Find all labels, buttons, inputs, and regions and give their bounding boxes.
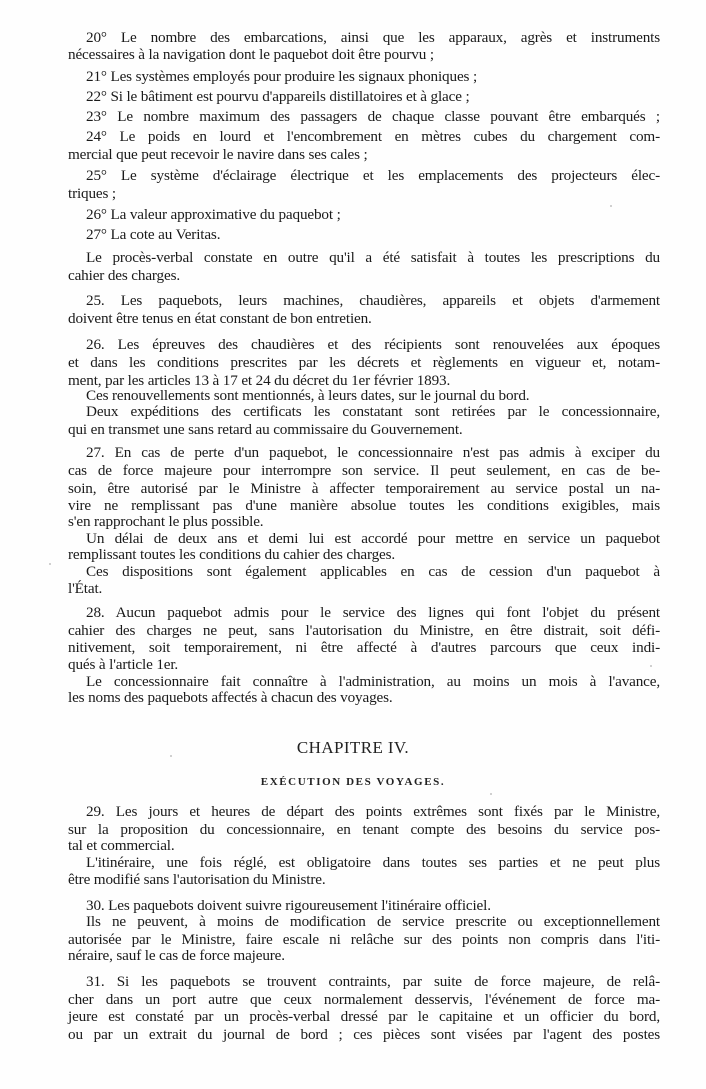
text-line: cahier des charges ne peut, sans l'autor… bbox=[68, 622, 660, 640]
text-line: 27° La cote au Veritas. bbox=[86, 226, 660, 244]
text-line: cahier des charges. bbox=[68, 267, 660, 285]
text-line: 20° Le nombre des embarcations, ainsi qu… bbox=[86, 29, 660, 47]
text-line: 21° Les systèmes employés pour produire … bbox=[86, 68, 660, 86]
text-line: qués à l'article 1er. bbox=[68, 656, 660, 674]
text-line: 25° Le système d'éclairage électrique et… bbox=[86, 167, 660, 185]
chapter-title: CHAPITRE IV. bbox=[0, 738, 706, 758]
scan-speck bbox=[650, 665, 652, 667]
text-line: 26. Les épreuves des chaudières et des r… bbox=[86, 336, 660, 354]
text-line: 24° Le poids en lourd et l'encombrement … bbox=[86, 128, 660, 146]
text-line: 28. Aucun paquebot admis pour le service… bbox=[86, 604, 660, 622]
text-line: s'en rapprochant le plus possible. bbox=[68, 513, 660, 531]
text-line: cas de force majeure pour interrompre so… bbox=[68, 462, 660, 480]
text-line: remplissant toutes les conditions du cah… bbox=[68, 546, 660, 564]
text-line: soin, être autorisé par le Ministre à af… bbox=[68, 480, 660, 498]
text-line: Deux expéditions des certificats les con… bbox=[86, 403, 660, 421]
text-line: tal et commercial. bbox=[68, 837, 660, 855]
text-line: 27. En cas de perte d'un paquebot, le co… bbox=[86, 444, 660, 462]
scan-speck bbox=[610, 205, 612, 207]
text-line: L'itinéraire, une fois réglé, est obliga… bbox=[86, 854, 660, 872]
text-line: être modifié sans l'autorisation du Mini… bbox=[68, 871, 660, 889]
text-line: cher dans un port autre que ceux normale… bbox=[68, 991, 660, 1009]
scan-speck bbox=[490, 793, 492, 795]
scan-speck bbox=[49, 563, 51, 565]
text-line: 25. Les paquebots, leurs machines, chaud… bbox=[86, 292, 660, 310]
text-line: l'État. bbox=[68, 580, 660, 598]
text-line: ou par un extrait du journal de bord ; c… bbox=[68, 1026, 660, 1044]
text-line: Ces dispositions sont également applicab… bbox=[86, 563, 660, 581]
text-line: et dans les conditions prescrites par le… bbox=[68, 354, 660, 372]
text-line: mercial que peut recevoir le navire dans… bbox=[68, 146, 660, 164]
text-line: Ils ne peuvent, à moins de modification … bbox=[86, 913, 660, 931]
text-line: 23° Le nombre maximum des passagers de c… bbox=[86, 108, 660, 126]
scan-speck bbox=[170, 755, 172, 757]
scanned-page: 20° Le nombre des embarcations, ainsi qu… bbox=[0, 0, 706, 1089]
text-line: les noms des paquebots affectés à chacun… bbox=[68, 689, 660, 707]
text-line: Le procès-verbal constate en outre qu'il… bbox=[86, 249, 660, 267]
text-line: 31. Si les paquebots se trouvent contrai… bbox=[86, 973, 660, 991]
text-line: nitivement, soit temporairement, ni être… bbox=[68, 639, 660, 657]
chapter-subtitle: EXÉCUTION DES VOYAGES. bbox=[0, 775, 706, 789]
text-line: 22° Si le bâtiment est pourvu d'appareil… bbox=[86, 88, 660, 106]
text-line: qui en transmet une sans retard au commi… bbox=[68, 421, 660, 439]
text-line: triques ; bbox=[68, 185, 660, 203]
text-line: 29. Les jours et heures de départ des po… bbox=[86, 803, 660, 821]
text-line: nécessaires à la navigation dont le paqu… bbox=[68, 46, 660, 64]
text-line: doivent être tenus en état constant de b… bbox=[68, 310, 660, 328]
text-line: néraire, sauf le cas de force majeure. bbox=[68, 947, 660, 965]
text-line: jeure est constaté par un procès-verbal … bbox=[68, 1008, 660, 1026]
text-line: 26° La valeur approximative du paquebot … bbox=[86, 206, 660, 224]
